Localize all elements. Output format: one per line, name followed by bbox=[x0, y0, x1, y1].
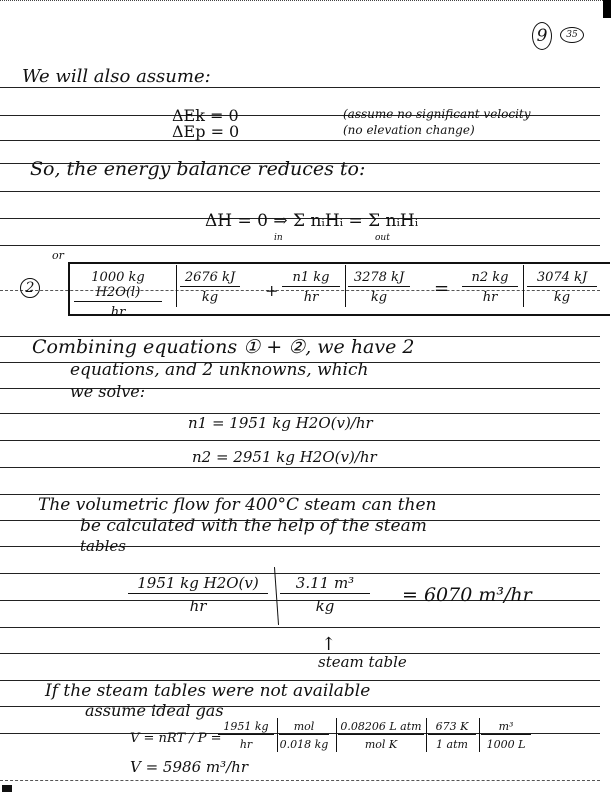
volumetric-term-1: 1951 kg H2O(v) hr bbox=[128, 574, 268, 615]
ideal-gas-term: m³ 1000 L bbox=[481, 720, 531, 751]
ideal-gas-line-1: If the steam tables were not available bbox=[45, 683, 370, 700]
assumption-ep: ΔEp = 0 bbox=[172, 124, 239, 140]
sum-out-label: out bbox=[375, 234, 390, 243]
scan-edge-mark bbox=[603, 0, 611, 18]
ideal-gas-term: 673 K 1 atm bbox=[428, 720, 476, 751]
ruled-line bbox=[0, 467, 600, 468]
fraction-term: 1000 kg H2O(l) hr bbox=[74, 270, 162, 320]
ruled-line bbox=[0, 627, 600, 628]
steam-table-annotation: steam table bbox=[318, 655, 407, 670]
ruled-line bbox=[0, 245, 600, 246]
volumetric-line-3: tables bbox=[80, 539, 126, 554]
assumption-ek-note: (assume no significant velocity bbox=[343, 108, 531, 120]
fraction-term: n1 kg hr bbox=[282, 270, 340, 305]
combining-line-2: equations, and 2 unknowns, which bbox=[70, 362, 368, 379]
equals-operator: = bbox=[434, 280, 449, 298]
volumetric-term-2: 3.11 m³ kg bbox=[280, 574, 370, 615]
ideal-gas-term: 0.08206 L atm mol K bbox=[338, 720, 424, 751]
page-stamp: 35 bbox=[560, 27, 584, 43]
top-edge-line bbox=[0, 0, 611, 1]
energy-balance-intro: So, the energy balance reduces to: bbox=[30, 160, 365, 179]
equation-label: 2 bbox=[20, 278, 40, 298]
ruled-line bbox=[0, 653, 600, 654]
page-number: 9 bbox=[532, 22, 552, 50]
energy-balance-equation: ΔH = 0 ⇒ Σ nᵢHᵢ = Σ nᵢHᵢ bbox=[205, 213, 418, 230]
arrow-up-icon: ↑ bbox=[321, 634, 336, 655]
fraction-term: 3278 kJ kg bbox=[348, 270, 410, 305]
result-n1: n1 = 1951 kg H2O(v)/hr bbox=[188, 416, 373, 431]
assumption-ep-note: (no elevation change) bbox=[343, 124, 475, 136]
result-n2: n2 = 2951 kg H2O(v)/hr bbox=[192, 450, 377, 465]
sum-in-label: in bbox=[274, 234, 283, 243]
ideal-gas-lhs: V = nRT / P = bbox=[130, 732, 222, 745]
volumetric-line-2: be calculated with the help of the steam bbox=[80, 518, 427, 535]
fraction-term: 2676 kJ kg bbox=[180, 270, 240, 305]
ruled-line bbox=[0, 191, 600, 192]
volumetric-result: = 6070 m³/hr bbox=[402, 586, 532, 605]
fraction-term: 3074 kJ kg bbox=[527, 270, 597, 305]
notebook-page: 9 35 We will also assume: ΔEk = 0 (assum… bbox=[0, 0, 611, 811]
ruled-line bbox=[0, 87, 600, 88]
or-prefix: or bbox=[52, 250, 64, 261]
ideal-gas-term: 1951 kg hr bbox=[218, 720, 274, 751]
combining-line-1: Combining equations ① + ②, we have 2 bbox=[32, 338, 415, 357]
equation-number-2: 2 bbox=[20, 278, 40, 298]
ruled-line bbox=[0, 140, 600, 141]
assumptions-intro: We will also assume: bbox=[22, 68, 211, 86]
ideal-gas-result: V = 5986 m³/hr bbox=[130, 760, 248, 775]
ideal-gas-line-2: assume ideal gas bbox=[85, 703, 224, 719]
ruled-line bbox=[0, 780, 600, 781]
plus-operator: + bbox=[265, 283, 278, 299]
combining-line-3: we solve: bbox=[70, 384, 145, 400]
ruled-line bbox=[0, 440, 600, 441]
volumetric-line-1: The volumetric flow for 400°C steam can … bbox=[38, 497, 437, 514]
ideal-gas-term: mol 0.018 kg bbox=[279, 720, 329, 751]
scan-artifact bbox=[2, 785, 12, 792]
fraction-term: n2 kg hr bbox=[462, 270, 518, 305]
